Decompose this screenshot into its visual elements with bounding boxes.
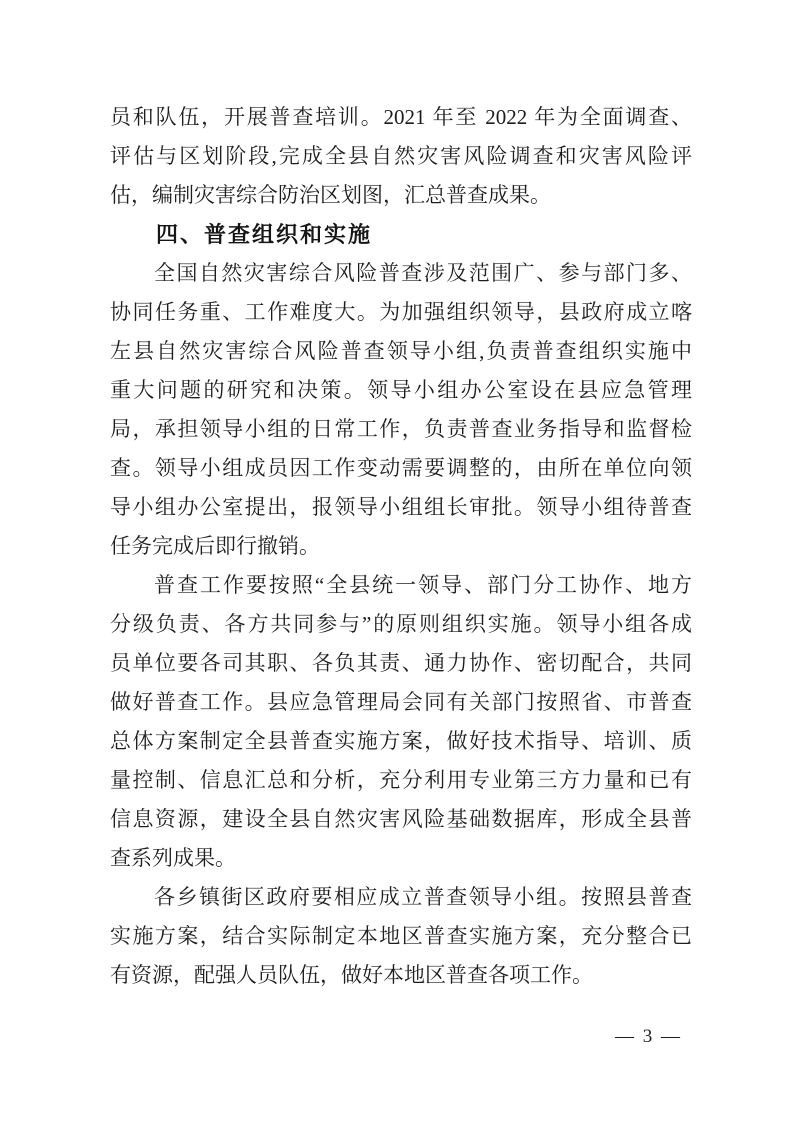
text-line: 员单位要各司其职、各负其责、通力协作、密切配合，共同	[110, 644, 692, 683]
text-line: 查系列成果。	[110, 839, 692, 878]
document-text-block: 员和队伍，开展普查培训。2021 年至 2022 年为全面调查、 评估与区划阶段…	[110, 98, 692, 995]
text-line: 评估与区划阶段,完成全县自然灾害风险调查和灾害风险评	[110, 137, 692, 176]
page-number: — 3 —	[615, 1026, 682, 1048]
text-line: 员和队伍，开展普查培训。2021 年至 2022 年为全面调查、	[110, 98, 692, 137]
text-line: 左县自然灾害综合风险普查领导小组,负责普查组织实施中	[110, 332, 692, 371]
text-line: 局，承担领导小组的日常工作，负责普查业务指导和监督检	[110, 410, 692, 449]
text-line: 全国自然灾害综合风险普查涉及范围广、参与部门多、	[110, 254, 692, 293]
text-line: 各乡镇街区政府要相应成立普查领导小组。按照县普查	[110, 878, 692, 917]
text-line: 查。领导小组成员因工作变动需要调整的，由所在单位向领	[110, 449, 692, 488]
text-line: 任务完成后即行撤销。	[110, 527, 692, 566]
text-line: 量控制、信息汇总和分析，充分利用专业第三方力量和已有	[110, 761, 692, 800]
text-line: 做好普查工作。县应急管理局会同有关部门按照省、市普查	[110, 683, 692, 722]
text-line: 协同任务重、工作难度大。为加强组织领导，县政府成立喀	[110, 293, 692, 332]
text-line: 导小组办公室提出，报领导小组组长审批。领导小组待普查	[110, 488, 692, 527]
document-page: 员和队伍，开展普查培训。2021 年至 2022 年为全面调查、 评估与区划阶段…	[0, 0, 800, 1130]
text-line: 信息资源，建设全县自然灾害风险基础数据库，形成全县普	[110, 800, 692, 839]
text-line: 普查工作要按照“全县统一领导、部门分工协作、地方	[110, 566, 692, 605]
text-line: 实施方案，结合实际制定本地区普查实施方案，充分整合已	[110, 917, 692, 956]
section-heading: 四、普查组织和实施	[110, 215, 692, 254]
text-line: 总体方案制定全县普查实施方案，做好技术指导、培训、质	[110, 722, 692, 761]
text-line: 有资源，配强人员队伍，做好本地区普查各项工作。	[110, 956, 692, 995]
text-line: 分级负责、各方共同参与”的原则组织实施。领导小组各成	[110, 605, 692, 644]
text-line: 估，编制灾害综合防治区划图，汇总普查成果。	[110, 176, 692, 215]
text-line: 重大问题的研究和决策。领导小组办公室设在县应急管理	[110, 371, 692, 410]
